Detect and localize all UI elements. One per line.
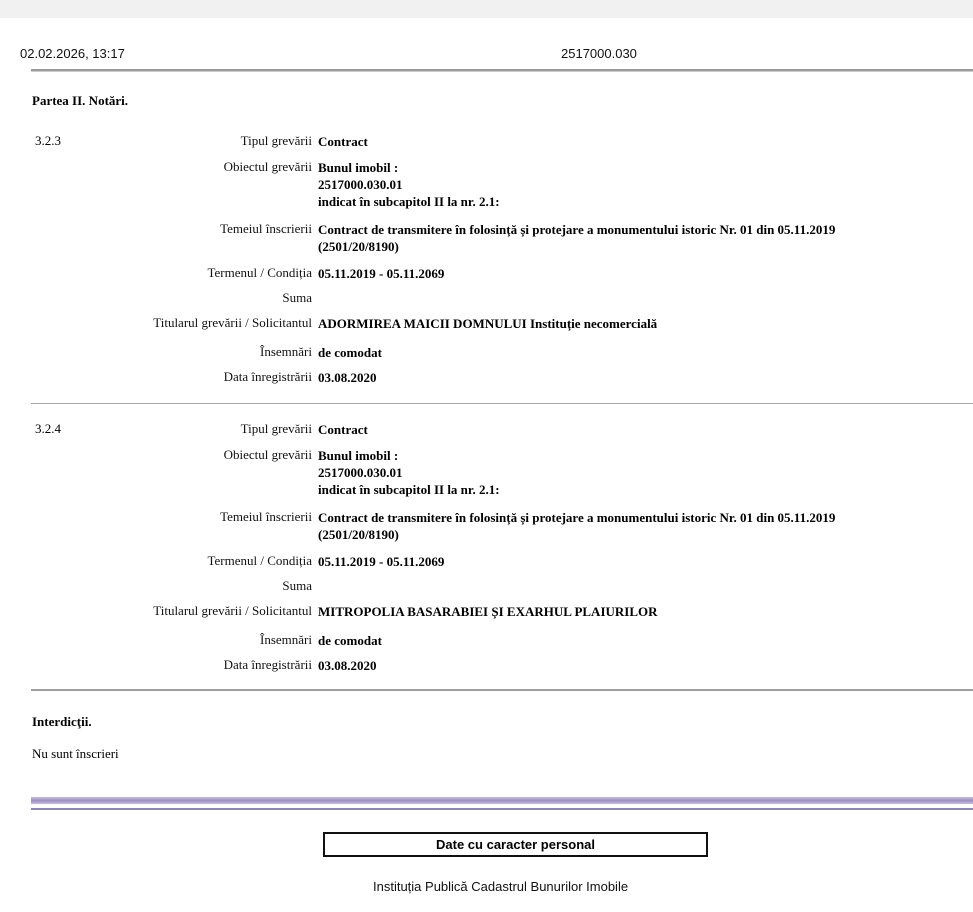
section-title: Partea II. Notări. <box>32 93 128 109</box>
field-label: Tipul grevării <box>241 133 312 149</box>
field-label: Titularul grevării / Solicitantul <box>153 603 312 619</box>
field-value: 05.11.2019 - 05.11.2069 <box>318 553 958 570</box>
personal-data-box: Date cu caracter personal <box>323 832 708 857</box>
print-datetime: 02.02.2026, 13:17 <box>20 46 125 61</box>
entry-number: 3.2.4 <box>35 421 61 437</box>
entry-divider <box>31 403 973 404</box>
header-divider <box>31 69 973 72</box>
field-label: Temeiul înscrierii <box>220 221 312 237</box>
value-line: 2517000.030.01 <box>318 464 958 481</box>
field-value: MITROPOLIA BASARABIEI ȘI EXARHUL PLAIURI… <box>318 603 958 620</box>
value-line: 2517000.030.01 <box>318 176 958 193</box>
field-value: ADORMIREA MAICII DOMNULUI Instituție nec… <box>318 315 958 332</box>
value-line: indicat în subcapitol II la nr. 2.1: <box>318 481 958 498</box>
section-divider <box>31 689 973 691</box>
field-value: Contract <box>318 421 958 438</box>
field-label: Obiectul grevării <box>224 159 312 175</box>
value-line: Bunul imobil : <box>318 447 958 464</box>
field-value: 03.08.2020 <box>318 657 958 674</box>
field-value: Bunul imobil : 2517000.030.01 indicat în… <box>318 159 958 210</box>
entry-number: 3.2.3 <box>35 133 61 149</box>
field-label: Tipul grevării <box>241 421 312 437</box>
browser-top-strip <box>0 0 973 18</box>
field-value: Contract de transmitere în folosință și … <box>318 221 958 255</box>
interdictii-title: Interdicţii. <box>32 714 92 730</box>
value-line: Bunul imobil : <box>318 159 958 176</box>
field-label: Data înregistrării <box>224 369 312 385</box>
field-value: 05.11.2019 - 05.11.2069 <box>318 265 958 282</box>
field-value: de comodat <box>318 632 958 649</box>
footer-divider-thick <box>31 797 973 804</box>
field-value: Contract de transmitere în folosință și … <box>318 509 958 543</box>
footer-divider-thin <box>31 808 973 810</box>
field-label: Data înregistrării <box>224 657 312 673</box>
value-line: indicat în subcapitol II la nr. 2.1: <box>318 193 958 210</box>
cadastral-number: 2517000.030 <box>561 46 637 61</box>
field-label: Termenul / Condiția <box>207 553 312 569</box>
field-value: Contract <box>318 133 958 150</box>
field-label: Suma <box>282 290 312 306</box>
value-line: Contract de transmitere în folosință și … <box>318 221 958 238</box>
field-label: Însemnări <box>260 632 312 648</box>
field-label: Titularul grevării / Solicitantul <box>153 315 312 331</box>
field-value: Bunul imobil : 2517000.030.01 indicat în… <box>318 447 958 498</box>
field-label: Obiectul grevării <box>224 447 312 463</box>
institution-name: Instituția Publică Cadastrul Bunurilor I… <box>0 879 973 894</box>
interdictii-text: Nu sunt înscrieri <box>32 746 119 762</box>
value-line: Contract de transmitere în folosință și … <box>318 509 958 526</box>
field-label: Termenul / Condiția <box>207 265 312 281</box>
field-label: Suma <box>282 578 312 594</box>
value-line: (2501/20/8190) <box>318 238 958 255</box>
field-label: Temeiul înscrierii <box>220 509 312 525</box>
field-value: 03.08.2020 <box>318 369 958 386</box>
field-value: de comodat <box>318 344 958 361</box>
value-line: (2501/20/8190) <box>318 526 958 543</box>
field-label: Însemnări <box>260 344 312 360</box>
